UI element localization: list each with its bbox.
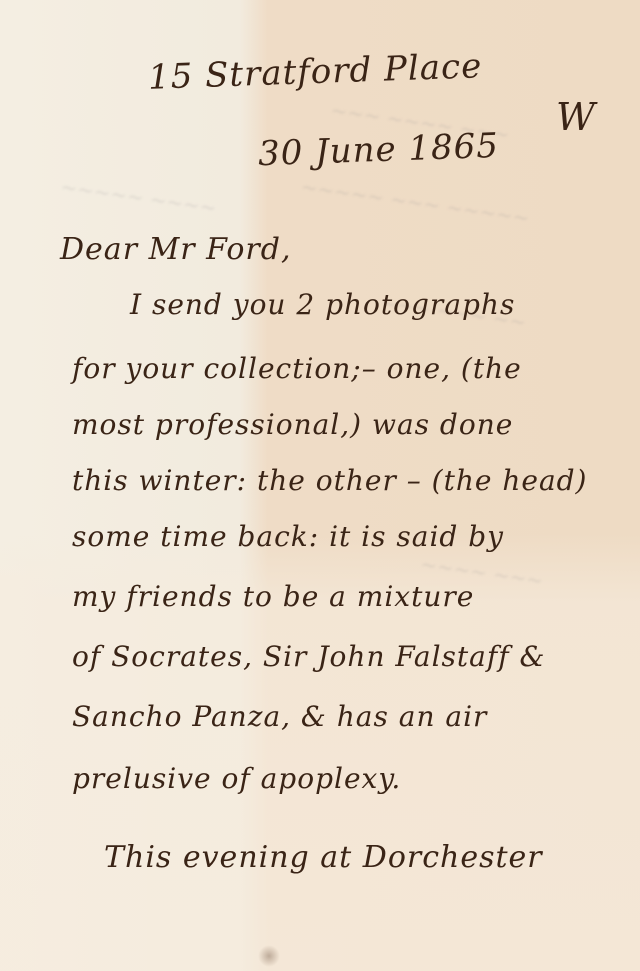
body-line: Sancho Panza, & has an air (72, 700, 487, 733)
body-line: my friends to be a mixture (72, 580, 474, 613)
body-line: some time back: it is said by (72, 520, 504, 553)
body-line: this winter: the other – (the head) (72, 464, 587, 497)
letter-page: ~~~ ~~~~ ~~~ ~~~~~ ~~~ ~~~~~ ~~~~~ ~~~~ … (0, 0, 640, 971)
body-line: prelusive of apoplexy. (72, 762, 401, 795)
closing-line: This evening at Dorchester (104, 840, 543, 875)
salutation: Dear Mr Ford, (60, 232, 291, 267)
body-line: for your collection;– one, (the (72, 352, 522, 385)
ink-smudge (258, 945, 280, 967)
bleed-through-text: ~~~~~ ~~~ ~~~~~ (299, 174, 531, 230)
body-line: I send you 2 photographs (130, 288, 515, 321)
body-line: of Socrates, Sir John Falstaff & (72, 640, 545, 673)
sender-address: 15 Stratford Place (147, 46, 482, 98)
bleed-through-text: ~~~~~ ~~~~ (59, 174, 218, 220)
body-line: most professional,) was done (72, 408, 513, 441)
postal-district: W (556, 95, 596, 139)
letter-date: 30 June 1865 (257, 126, 499, 174)
